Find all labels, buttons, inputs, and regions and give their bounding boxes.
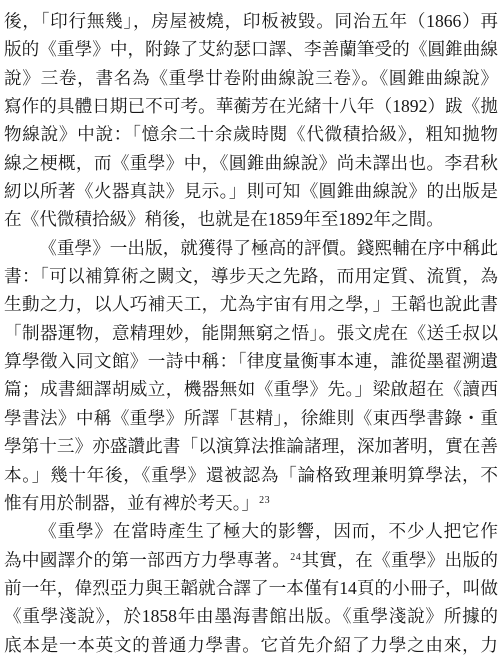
text-line: 紉以所著《火器真訣》見示。」則可知《圓錐曲線說》的出版是	[4, 177, 498, 205]
text-line: 後，「印行無幾」，房屋被燒，印板被毀。同治五年（1866）再	[4, 7, 498, 35]
page-text: 後，「印行無幾」，房屋被燒，印板被毀。同治五年（1866）再 版的《重學》中，附…	[4, 7, 498, 659]
text-line: 書：「可以補算術之闕文，導步天之先路，而用定質、流質，為	[4, 262, 498, 290]
text-line: 惟有用於制器，並有裨於考天。」23	[4, 489, 498, 517]
text-run: 其實，在《重學》出版的	[301, 550, 498, 570]
text-line: 為中國譯介的第一部西方力學專著。24其實，在《重學》出版的	[4, 546, 498, 574]
text-line: 算學徵入同文館》一詩中稱：「律度量衡事本連，誰從墨翟溯遺	[4, 347, 498, 375]
text-line: 生動之力，以人巧補天工，尤為宇宙有用之學，」王韜也說此書	[4, 290, 498, 318]
text-line: 在《代微積拾級》稍後，也就是在1859年至1892年之間。	[4, 205, 498, 233]
text-run: 惟有用於制器，並有裨於考天。」	[4, 493, 259, 513]
text-line: 《重學淺說》，於1858年由墨海書館出版。《重學淺說》所據的	[4, 602, 498, 630]
text-line-paragraph-start: 《重學》在當時產生了極大的影響，因而，不少人把它作	[4, 517, 498, 545]
footnote-ref-23: 23	[259, 495, 270, 506]
text-line: 本。」幾十年後，《重學》還被認為「論格致理兼明算學法，不	[4, 461, 498, 489]
footnote-ref-24: 24	[290, 552, 301, 563]
text-line: 前一年，偉烈亞力與王韜就合譯了一本僅有14頁的小冊子，叫做	[4, 574, 498, 602]
text-line: 寫作的具體日期已不可考。華蘅芳在光緒十八年（1892）跋《拋	[4, 92, 498, 120]
text-line: 學書法》中稱《重學》所譯「甚精」，徐維則《東西學書錄・重	[4, 404, 498, 432]
text-line: 篇；成書細譯胡威立，機器無如《重學》先。」梁啟超在《讀西	[4, 375, 498, 403]
text-line: 底本是一本英文的普通力學書。它首先介紹了力學之由來，力	[4, 631, 498, 659]
text-run: 為中國譯介的第一部西方力學專著。	[4, 550, 290, 570]
text-line: 物線說》中說：「憶余二十余歲時閱《代微積拾級》，粗知拋物	[4, 120, 498, 148]
text-line: 「制器運物，意精理妙，能開無窮之悟」。張文虎在《送壬叔以	[4, 319, 498, 347]
text-line-paragraph-start: 《重學》一出版，就獲得了極高的評價。錢熙輔在序中稱此	[4, 234, 498, 262]
text-line: 學第十三》亦盛讚此書「以演算法推論諸理，深加著明，實在善	[4, 432, 498, 460]
text-line: 線之梗概，而《重學》中，《圓錐曲線說》尚未譯出也。李君秋	[4, 149, 498, 177]
text-line: 說》三卷，書名為《重學廿卷附曲線說三卷》。《圓錐曲線說》	[4, 64, 498, 92]
book-page: 後，「印行無幾」，房屋被燒，印板被毀。同治五年（1866）再 版的《重學》中，附…	[0, 0, 502, 668]
text-line: 版的《重學》中，附錄了艾約瑟口譯、李善蘭筆受的《圓錐曲線	[4, 35, 498, 63]
